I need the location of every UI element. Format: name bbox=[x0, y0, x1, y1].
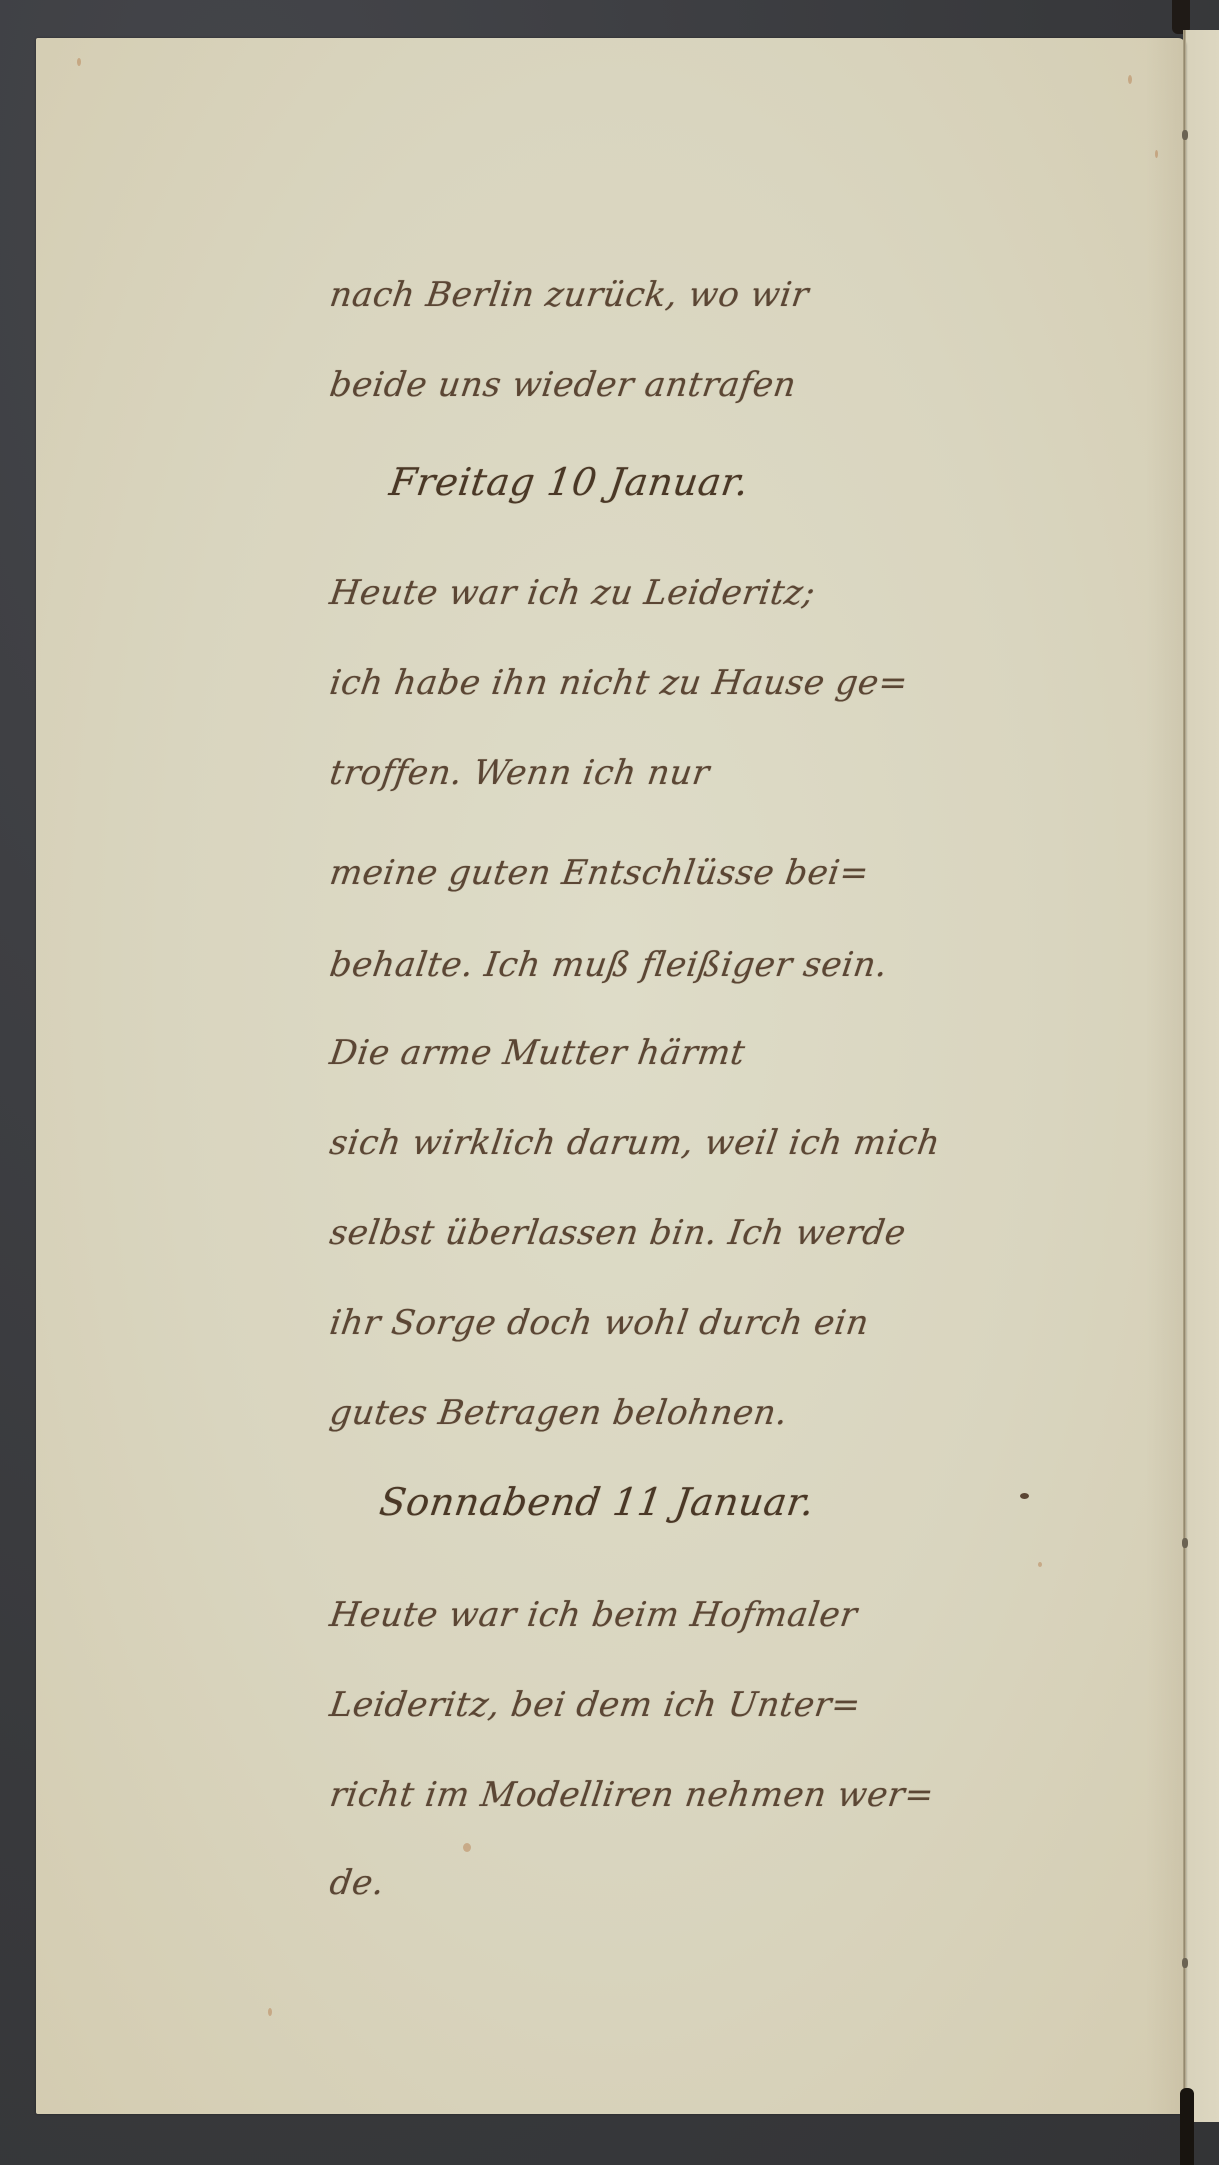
paper-stain bbox=[1038, 1562, 1042, 1567]
text-line: richt im Modelliren nehmen wer= bbox=[327, 1775, 936, 1815]
binding-hole bbox=[1182, 1958, 1188, 1968]
text-line: ich habe ihn nicht zu Hause ge= bbox=[327, 663, 910, 703]
text-line: de. bbox=[327, 1863, 387, 1903]
paper-stain bbox=[268, 2008, 272, 2016]
binding-spine-bottom bbox=[1180, 2088, 1194, 2165]
page-edge-shading bbox=[1146, 38, 1186, 2114]
text-line: gutes Betragen belohnen. bbox=[327, 1393, 790, 1433]
text-line: Die arme Mutter härmt bbox=[327, 1033, 747, 1073]
text-line: Leideritz, bei dem ich Unter= bbox=[327, 1685, 863, 1725]
text-line: meine guten Entschlüsse bei= bbox=[327, 853, 871, 893]
paper-stain bbox=[77, 58, 81, 66]
entry-heading-saturday: Sonnabend 11 Januar. bbox=[377, 1480, 817, 1524]
paper-stain bbox=[1155, 150, 1158, 158]
ink-dot bbox=[1020, 1493, 1029, 1499]
binding-gutter bbox=[1183, 30, 1186, 2120]
text-line: Heute war ich beim Hofmaler bbox=[327, 1595, 860, 1635]
paper-stain bbox=[463, 1843, 471, 1852]
text-line: ihr Sorge doch wohl durch ein bbox=[327, 1303, 871, 1343]
entry-heading-friday: Freitag 10 Januar. bbox=[387, 460, 752, 504]
text-line: Heute war ich zu Leideritz; bbox=[327, 573, 818, 613]
paper-stain bbox=[1128, 75, 1132, 84]
binding-hole bbox=[1182, 1538, 1188, 1548]
text-line: sich wirklich darum, weil ich mich bbox=[327, 1123, 943, 1163]
adjacent-page-edge bbox=[1186, 30, 1219, 2122]
text-line: beide uns wieder antrafen bbox=[327, 365, 799, 405]
text-line: troffen. Wenn ich nur bbox=[327, 753, 712, 793]
text-line: behalte. Ich muß fleißiger sein. bbox=[327, 945, 890, 985]
binding-spine-top bbox=[1172, 0, 1190, 34]
text-line: nach Berlin zurück, wo wir bbox=[327, 275, 811, 315]
text-line: selbst überlassen bin. Ich werde bbox=[327, 1213, 908, 1253]
binding-hole bbox=[1182, 130, 1188, 140]
